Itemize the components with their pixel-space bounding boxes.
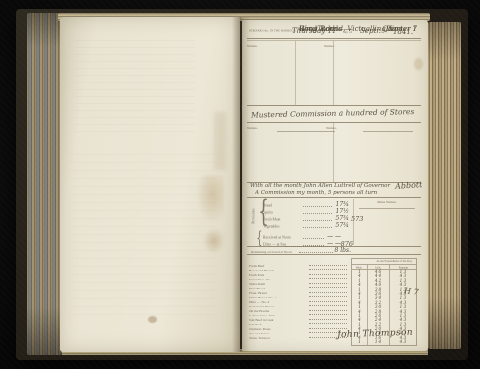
dotted-leader — [309, 280, 347, 284]
dotted-leader — [303, 235, 324, 239]
stores-item-name: Slops, Tobacco — [249, 334, 307, 339]
provision-row: Fresh Meat 57¾ — [263, 215, 349, 222]
provisions-divider — [353, 199, 354, 245]
provision-label: Bread — [263, 201, 301, 208]
grid-cell-galls: 14 — [367, 340, 389, 344]
provision-row: Spirits 17½ — [263, 208, 349, 215]
handwritten-line-1: With all the month John Allen Luttrell o… — [250, 183, 400, 189]
grid-col-galls: Galls. — [367, 265, 389, 269]
side-header: Mens Names. — [372, 200, 402, 204]
section-rule — [247, 197, 421, 198]
dotted-leader — [309, 325, 347, 329]
margin-annotation: H 7 — [404, 286, 419, 296]
upper-center-rule — [333, 41, 334, 105]
middle-center-rule — [333, 122, 334, 182]
dotted-leader — [309, 271, 347, 275]
grid-cell-hhds: 1 — [352, 340, 367, 344]
left-page-blank — [60, 17, 240, 352]
provision-value: 17½ — [334, 208, 349, 215]
dotted-leader — [309, 266, 347, 270]
stores-list-row: Slops, Tobacco — [249, 334, 349, 339]
water-value: — — — [326, 233, 341, 240]
provision-label: Vegetables — [263, 222, 301, 229]
dotted-leader — [309, 298, 347, 302]
log-entry-line: Wm. Todd — — Dinner 1 — [299, 25, 417, 33]
upper-column-rule — [295, 41, 296, 105]
dotted-leader — [303, 217, 332, 221]
provision-value: 17¾ — [334, 201, 349, 208]
printed-caption: REMARKS &c. IN THE HARBOUR, — [249, 29, 297, 32]
photo-of-open-logbook: REMARKS &c. IN THE HARBOUR, Thursday 11 … — [0, 0, 480, 369]
water-label: Received at Noon — [263, 233, 301, 240]
header-underline — [363, 131, 413, 132]
handwritten-line-2: A Commission my month, 5 persons all tur… — [255, 190, 395, 196]
bracket-glyph: { — [256, 230, 262, 247]
provision-row: Bread 17¾ — [263, 201, 349, 208]
header-rule-2 — [247, 40, 421, 41]
dotted-leader — [309, 302, 347, 306]
log-form: REMARKS &c. IN THE HARBOUR, Thursday 11 … — [247, 25, 421, 345]
dotted-leader — [309, 311, 347, 315]
column-header-label: Names. — [247, 44, 258, 48]
dotted-leader — [303, 210, 332, 214]
column-header-label: Names. — [247, 126, 258, 130]
dotted-leader — [309, 307, 347, 311]
handwritten-note: Mustered Commission a hundred of Stores — [251, 107, 395, 119]
section-rule — [247, 254, 421, 255]
allowance-row: Remaining on board at Noon 8 lbs. — [251, 247, 351, 254]
allowance-value: 8 lbs. — [335, 247, 351, 254]
right-page-fore-edge — [428, 22, 461, 349]
dotted-leader — [309, 320, 347, 324]
section-rule — [247, 105, 421, 106]
dotted-leader — [299, 249, 333, 253]
grid-col-remains: Remains — [389, 265, 416, 269]
dotted-leader — [309, 289, 347, 293]
dotted-leader — [303, 224, 332, 228]
section-rule — [247, 122, 421, 123]
grid-row: 1 14 4 3 — [352, 340, 416, 344]
entry-text: Wm. Todd — — — [299, 25, 353, 33]
header-rule — [247, 38, 421, 39]
provisions-rows: Bread 17¾ Spirits 17½ Fresh Meat 57¾ — [263, 201, 349, 229]
grid-col-hhds: Hhds. — [352, 265, 367, 269]
stores-list: Fresh Beef Bread and Biscuit Fresh Pork … — [249, 262, 349, 339]
provision-value: 57¾ — [334, 222, 349, 229]
water-row: Received at Noon — — — [263, 233, 341, 240]
dotted-leader — [303, 203, 332, 207]
header-underline — [277, 131, 335, 132]
provisions-group-label: Provisions — [252, 204, 256, 228]
dotted-leader — [309, 284, 347, 288]
officer-signature: Abbott — [395, 180, 423, 191]
dotted-leader — [309, 316, 347, 320]
side-header-underline — [359, 208, 415, 209]
dotted-leader — [309, 293, 347, 297]
dotted-leader — [309, 275, 347, 279]
grid-cell-remains: 4 3 — [389, 340, 416, 344]
provision-row: Vegetables 57¾ — [263, 222, 349, 229]
column-header-label: Names. — [326, 126, 337, 130]
dotted-leader — [309, 262, 347, 266]
entry-value: Dinner 1 — [386, 25, 417, 33]
left-page-fore-edge — [27, 13, 62, 355]
provision-value: 57¾ — [334, 215, 349, 222]
upper-column-headers: Names.Names. — [247, 42, 421, 50]
provision-label: Fresh Meat — [263, 215, 301, 222]
provision-label: Spirits — [263, 208, 301, 215]
